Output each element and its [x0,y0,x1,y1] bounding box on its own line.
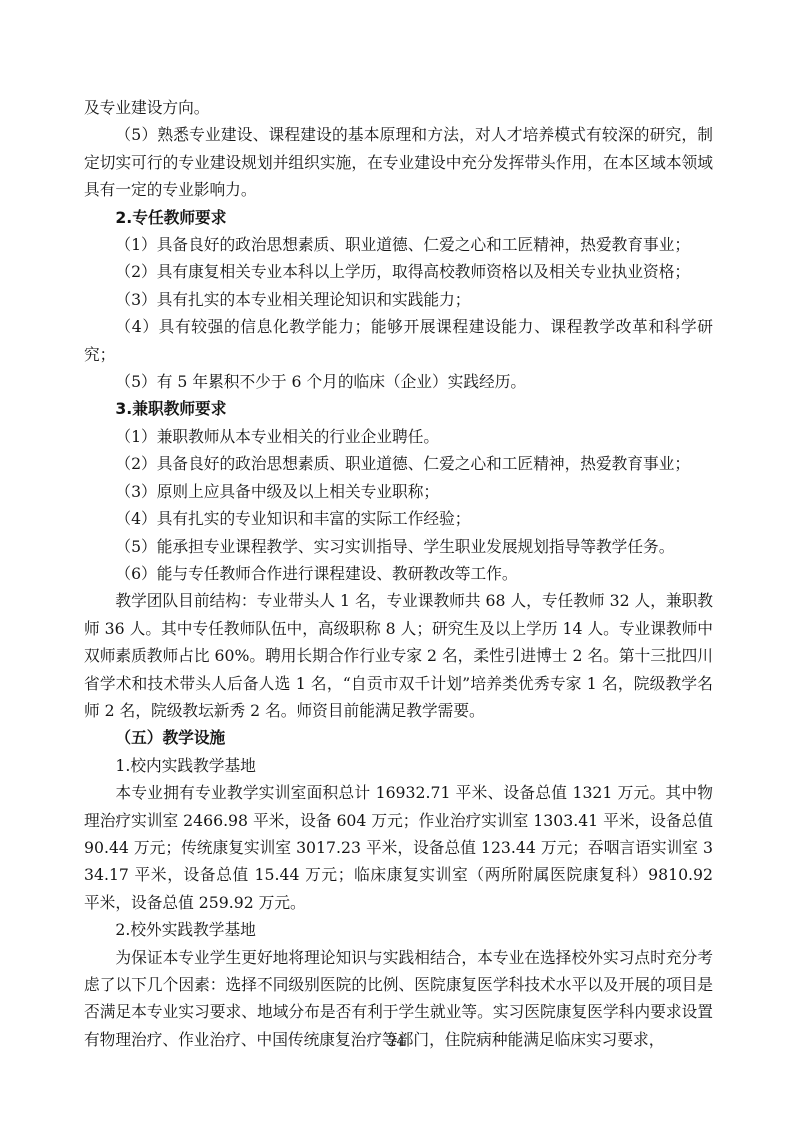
heading-full-time-teacher-requirements: 2.专任教师要求 [84,204,713,231]
para-ft-req-4: （4）具有较强的信息化教学能力；能够开展课程建设能力、课程教学改革和科学研究； [84,313,713,368]
para-pt-req-3: （3）原则上应具备中级及以上相关专业职称； [84,478,713,505]
para-ft-req-3: （3）具有扎实的本专业相关理论知识和实践能力； [84,286,713,313]
para-teaching-team-structure: 教学团队目前结构：专业带头人 1 名，专业课教师共 68 人，专任教师 32 人… [84,587,713,724]
subheading-on-campus-practice-base: 1.校内实践教学基地 [84,752,713,779]
para-pt-req-1: （1）兼职教师从本专业相关的行业企业聘任。 [84,423,713,450]
heading-teaching-facilities: （五）教学设施 [84,724,713,751]
para-continuation-major-direction: 及专业建设方向。 [84,94,713,121]
para-on-campus-facilities-detail: 本专业拥有专业教学实训室面积总计 16932.71 平米、设备总值 1321 万… [84,779,713,916]
para-leader-req-5-familiar-with-construction: （5）熟悉专业建设、课程建设的基本原理和方法，对人才培养模式有较深的研究，制定切… [84,121,713,203]
document-body: 及专业建设方向。 （5）熟悉专业建设、课程建设的基本原理和方法，对人才培养模式有… [84,94,713,1053]
subheading-off-campus-practice-base: 2.校外实践教学基地 [84,916,713,943]
page-number: 24 [0,1034,793,1050]
para-ft-req-5: （5）有 5 年累积不少于 6 个月的临床（企业）实践经历。 [84,368,713,395]
para-pt-req-2: （2）具备良好的政治思想素质、职业道德、仁爱之心和工匠精神，热爱教育事业； [84,450,713,477]
para-pt-req-5: （5）能承担专业课程教学、实习实训指导、学生职业发展规划指导等教学任务。 [84,533,713,560]
heading-part-time-teacher-requirements: 3.兼职教师要求 [84,395,713,422]
document-page: 及专业建设方向。 （5）熟悉专业建设、课程建设的基本原理和方法，对人才培养模式有… [0,0,793,1122]
para-ft-req-2: （2）具有康复相关专业本科以上学历，取得高校教师资格以及相关专业执业资格； [84,258,713,285]
para-pt-req-6: （6）能与专任教师合作进行课程建设、教研教改等工作。 [84,560,713,587]
para-ft-req-1: （1）具备良好的政治思想素质、职业道德、仁爱之心和工匠精神，热爱教育事业； [84,231,713,258]
para-pt-req-4: （4）具有扎实的专业知识和丰富的实际工作经验； [84,505,713,532]
